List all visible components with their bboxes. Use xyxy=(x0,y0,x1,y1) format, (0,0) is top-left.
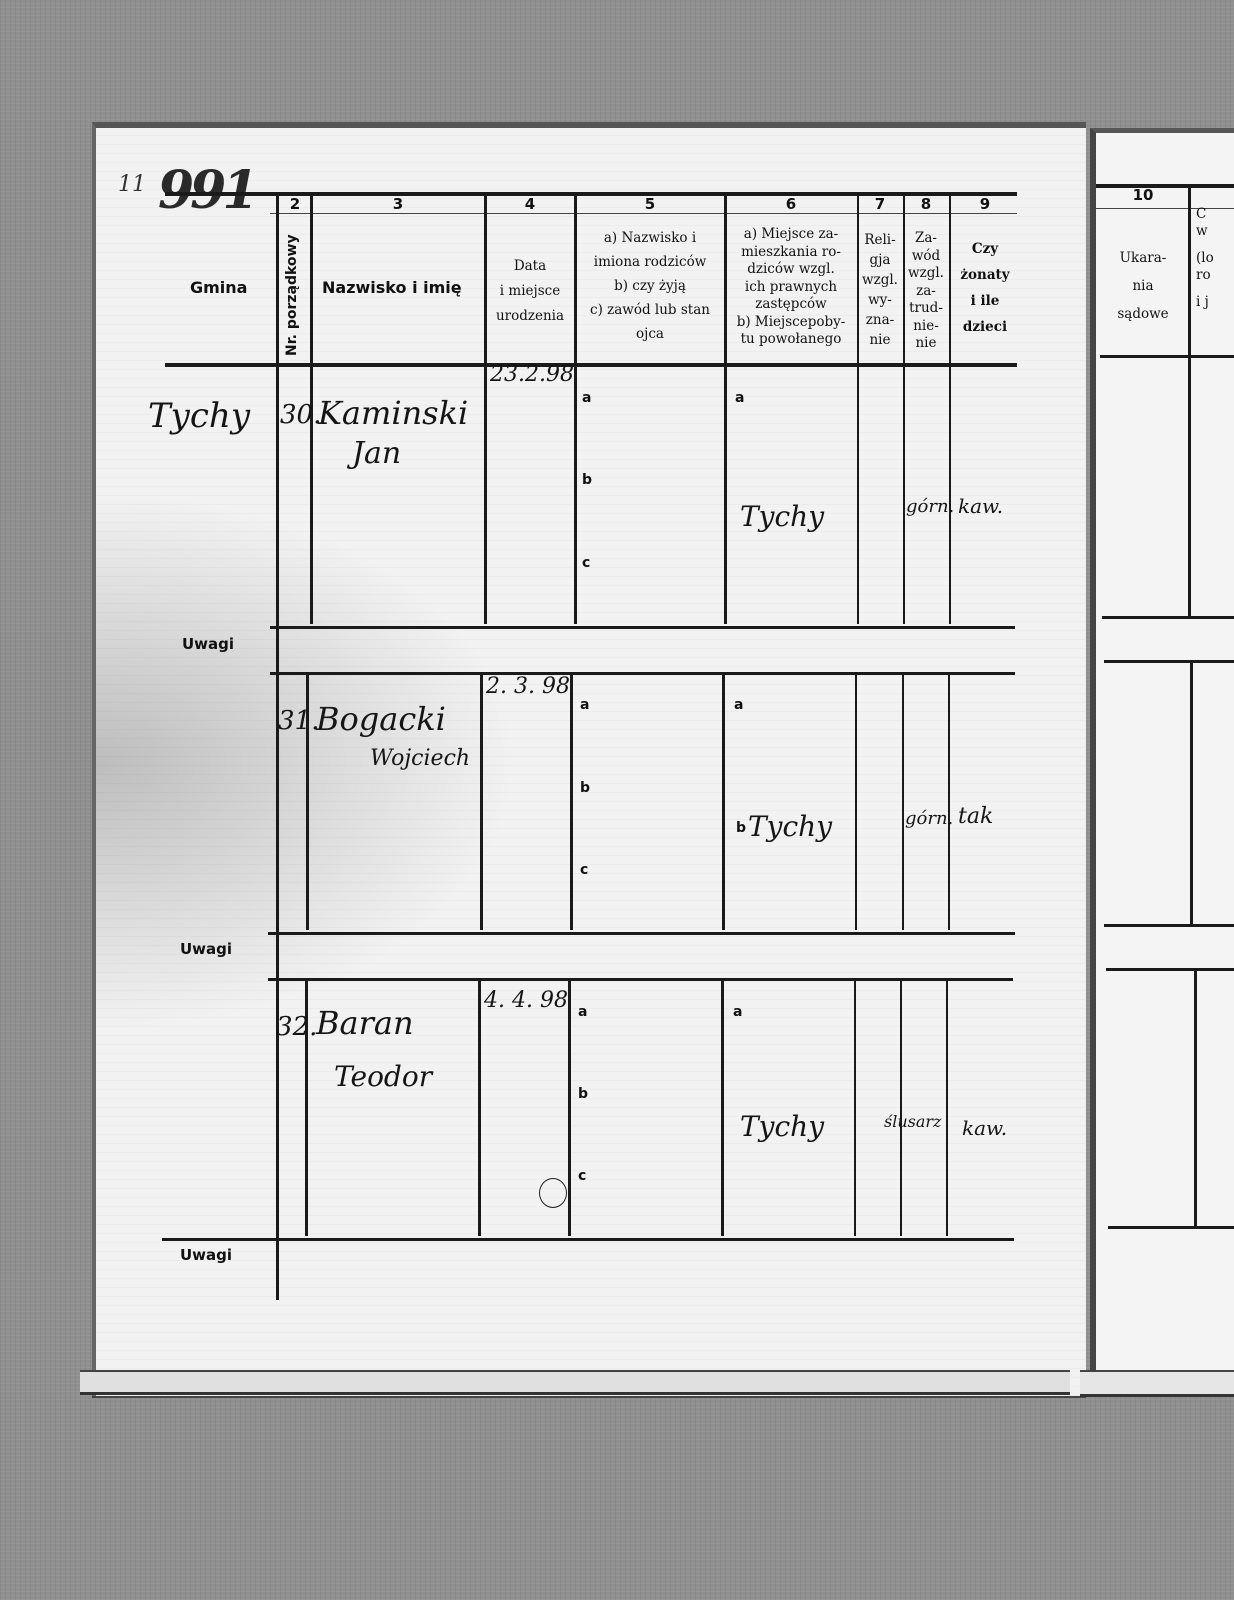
entry-3-nr: 32. xyxy=(276,1012,317,1042)
col-divider-4b xyxy=(570,674,573,930)
col-divider-7a xyxy=(903,192,905,624)
next-page-header-bottom xyxy=(1100,355,1234,358)
col-divider-5b xyxy=(722,674,725,930)
entry-1-residence-a: a xyxy=(735,390,744,406)
next-page-divider-a xyxy=(1188,186,1191,616)
entry-2-residence-b: b xyxy=(736,820,746,836)
entry-2-nr: 31. xyxy=(278,706,319,736)
entry-3-residence-a: a xyxy=(733,1004,742,1020)
entry-2-sub-c: c xyxy=(580,862,588,878)
page-edge-right xyxy=(1080,1370,1234,1397)
col-divider-1 xyxy=(276,192,279,1300)
entry-3-married: kaw. xyxy=(962,1116,1007,1140)
col-header-name: Nazwisko i imię xyxy=(322,278,462,297)
entry-3-surname: Baran xyxy=(316,1004,414,1042)
col-divider-5a xyxy=(724,192,727,624)
col-num-8: 8 xyxy=(904,195,948,213)
next-page-remarks2-rule xyxy=(1106,968,1234,971)
entry-1-remarks-label: Uwagi xyxy=(182,635,234,653)
col-divider-8a xyxy=(949,192,951,624)
entry-3-sub-c: c xyxy=(578,1168,586,1184)
entry-1-birth-date: 23.2.98 xyxy=(490,362,574,387)
next-page-divider-b xyxy=(1190,662,1193,924)
col-divider-5c xyxy=(721,980,724,1236)
entry-1-gmina: Tychy xyxy=(148,396,250,436)
entry-2-married: tak xyxy=(958,804,993,829)
col-num-2: 2 xyxy=(280,195,310,213)
entry-1-given-name: Jan xyxy=(352,436,401,471)
col-divider-3b xyxy=(480,674,483,930)
entry-2-remarks-label: Uwagi xyxy=(180,940,232,958)
next-page-row1-rule xyxy=(1102,616,1234,619)
entry-1-place: Tychy xyxy=(740,500,824,533)
col-divider-7c xyxy=(900,980,902,1236)
entry-3-sub-a: a xyxy=(578,1004,587,1020)
col-divider-3a xyxy=(484,192,487,624)
entry-3-occupation: ślusarz xyxy=(884,1112,941,1131)
entry-3-bottom-rule xyxy=(162,1238,1014,1241)
entry-2-sub-a: a xyxy=(580,697,589,713)
entry-1-bottom-rule xyxy=(270,626,1015,629)
next-page-row2-rule xyxy=(1104,924,1234,927)
col-header-convictions: Ukara- nia sądowe xyxy=(1100,244,1186,328)
col-divider-8c xyxy=(946,980,948,1236)
col-num-9: 9 xyxy=(950,195,1020,213)
col-divider-6b xyxy=(855,674,857,930)
entry-2-surname: Bogacki xyxy=(316,700,446,738)
col-header-birth: Data i miejsce urodzenia xyxy=(486,254,574,329)
entry-3-place: Tychy xyxy=(740,1110,824,1143)
entry-1-married: kaw. xyxy=(958,494,1003,518)
col-num-7: 7 xyxy=(858,195,902,213)
col-header-occupation: Za- wód wzgl. za- trud- nie- nie xyxy=(904,230,948,353)
col-header-married: Czy żonaty i ile dzieci xyxy=(950,236,1020,340)
col-divider-6c xyxy=(854,980,856,1236)
entry-3-given-name: Teodor xyxy=(334,1060,432,1093)
col-divider-3c xyxy=(478,980,481,1236)
entry-1-nr: 30. xyxy=(280,400,321,430)
entry-1-sub-b: b xyxy=(582,472,592,488)
entry-3-remarks-label: Uwagi xyxy=(180,1246,232,1264)
col-num-6: 6 xyxy=(726,195,856,213)
col-divider-6a xyxy=(857,192,859,624)
col-header-next-partial: C w (lo ro i j xyxy=(1192,206,1234,311)
col-divider-7b xyxy=(902,674,904,930)
col-divider-8b xyxy=(948,674,950,930)
header-bottom-rule xyxy=(165,363,1017,367)
entry-2-given-name: Wojciech xyxy=(370,746,470,771)
pencil-circle-mark xyxy=(539,1178,567,1208)
next-page-row3-rule xyxy=(1108,1226,1234,1229)
entry-1-sub-a: a xyxy=(582,390,591,406)
page-edge xyxy=(80,1370,1070,1395)
folio-number: 991 xyxy=(158,160,255,221)
entry-1-surname: Kaminski xyxy=(318,394,468,432)
entry-1-occupation: górn. xyxy=(906,496,954,517)
col-divider-4a xyxy=(574,192,577,624)
folio-prefix: 11 xyxy=(118,172,146,197)
col-divider-4c xyxy=(568,980,571,1236)
entry-2-occupation: górn. xyxy=(905,808,953,829)
next-page-remarks1-rule xyxy=(1104,660,1234,663)
entry-2-birth-date: 2. 3. 98 xyxy=(486,674,570,699)
col-header-nr: Nr. porządkowy xyxy=(284,234,300,356)
col-header-residence: a) Miejsce za- mieszkania ro- dziców wzg… xyxy=(726,226,856,349)
col-header-religion: Reli- gja wzgl. wy- zna- nie xyxy=(858,230,902,350)
entry-2-bottom-rule xyxy=(268,932,1015,935)
entry-2-residence-a: a xyxy=(734,697,743,713)
entry-1-sub-c: c xyxy=(582,555,590,571)
col-num-3: 3 xyxy=(312,195,484,213)
entry-3-sub-b: b xyxy=(578,1086,588,1102)
entry-2-sub-b: b xyxy=(580,780,590,796)
next-page-divider-c xyxy=(1194,970,1197,1226)
entry-3-birth-date: 4. 4. 98 xyxy=(484,988,568,1013)
col-header-parents: a) Nazwisko i imiona rodziców b) czy żyj… xyxy=(576,226,724,346)
col-num-10: 10 xyxy=(1100,186,1186,204)
col-num-4: 4 xyxy=(486,195,574,213)
col-num-5: 5 xyxy=(576,195,724,213)
entry-2-place: Tychy xyxy=(748,810,832,843)
col-header-gmina: Gmina xyxy=(190,278,247,297)
